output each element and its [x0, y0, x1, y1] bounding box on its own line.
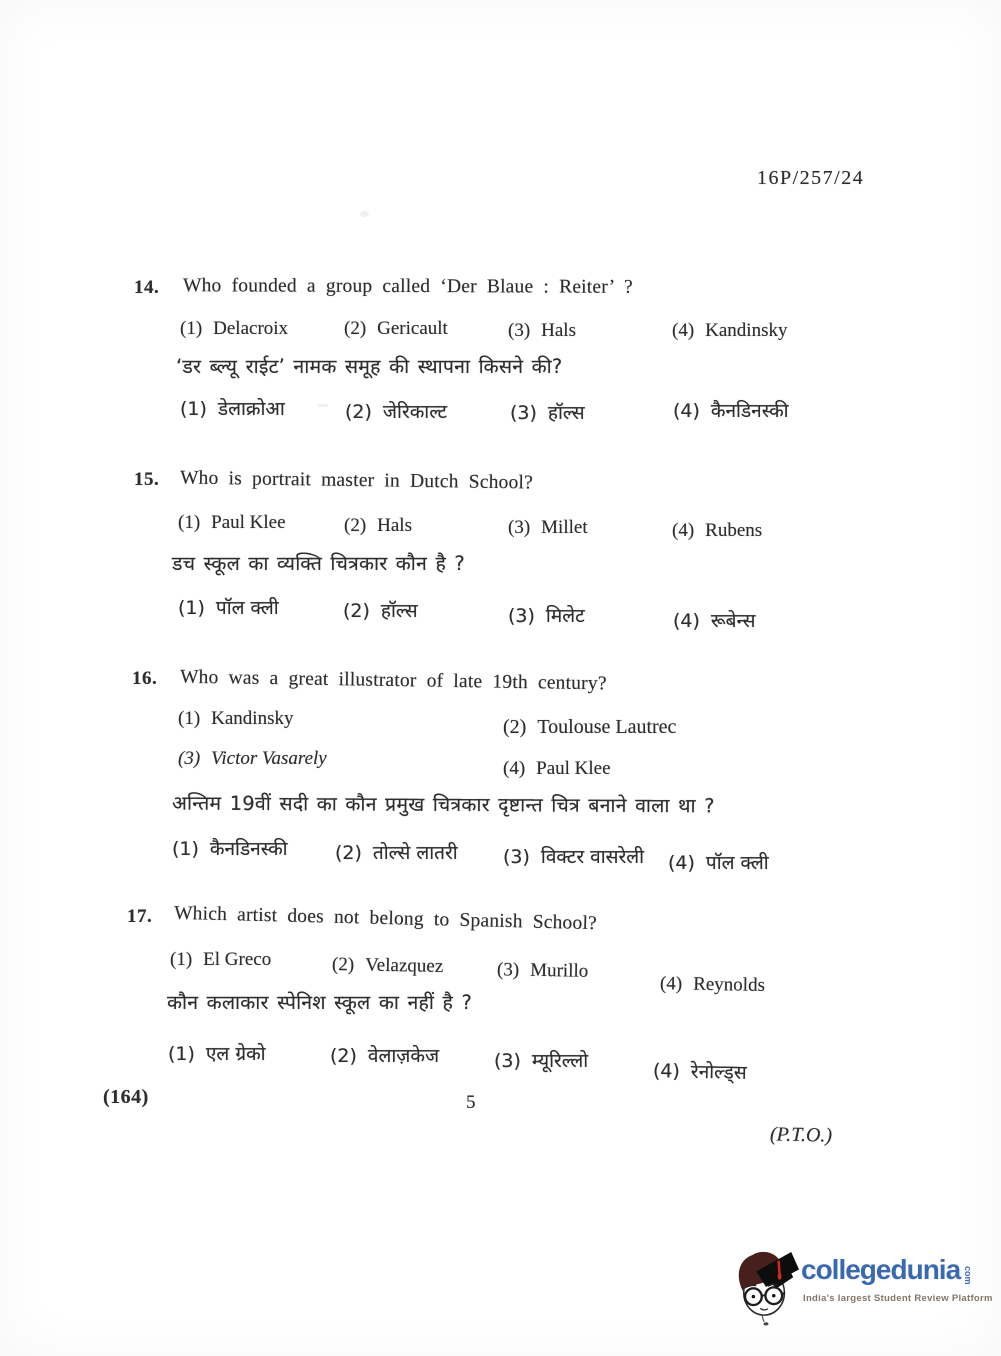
option-number: (4): [673, 400, 700, 422]
option-label: Paul Klee: [536, 758, 610, 779]
option: (1)कैनडिनस्की: [172, 835, 288, 861]
option: (2)हॉल्स: [343, 597, 418, 623]
option: (1)El Greco: [170, 949, 271, 971]
option-label: Rubens: [705, 520, 762, 541]
option-label: Reynolds: [693, 974, 765, 996]
question-text-hi: डच स्कूल का व्यक्ति चित्रकार कौन है ?: [172, 549, 465, 576]
option-number: (4): [660, 973, 683, 995]
question-text-en: Who founded a group called ‘Der Blaue : …: [183, 275, 633, 299]
option-label: मिलेट: [546, 605, 585, 627]
option-label: पॉल क्ली: [706, 852, 769, 874]
option: (4)कैनडिनस्की: [673, 397, 789, 423]
option: (4)रूबेन्स: [673, 607, 756, 633]
footer-page-number: 5: [466, 1092, 476, 1114]
footer-pto: (P.T.O.): [770, 1123, 833, 1147]
option-number: (4): [668, 852, 695, 874]
question-number: 14.: [134, 277, 159, 299]
option-label: Kandinsky: [211, 708, 293, 729]
option: (3)Hals: [508, 320, 576, 342]
option-number: (2): [330, 1045, 357, 1067]
option-label: Delacroix: [213, 318, 288, 339]
option-number: (1): [172, 838, 199, 860]
question-text-hi: अन्तिम 19वीं सदी का कौन प्रमुख चित्रकार …: [172, 789, 715, 819]
option-number: (2): [335, 842, 362, 864]
paper-code: 16P/257/24: [757, 167, 864, 190]
option-label: Victor Vasarely: [211, 748, 327, 769]
option-number: (3): [510, 402, 537, 424]
option: (2)Velazquez: [332, 954, 444, 978]
option: (4)पॉल क्ली: [668, 849, 769, 875]
option: (4)Rubens: [672, 520, 762, 542]
option-label: El Greco: [203, 949, 271, 970]
question-number: 15.: [134, 469, 159, 491]
option-number: (1): [178, 597, 205, 619]
question-text-hi: ‘डर ब्ल्यू राईट’ नामक समूह की स्थापना कि…: [176, 352, 562, 379]
option-number: (2): [345, 401, 372, 423]
option-label: Hals: [541, 320, 576, 341]
option-label: म्यूरिल्लो: [532, 1050, 588, 1072]
option: (3)Millet: [508, 517, 588, 539]
option-number: (3): [178, 748, 200, 770]
option: (1)Kandinsky: [178, 708, 293, 730]
option: (3)Murillo: [497, 959, 589, 983]
option-label: Millet: [541, 517, 587, 538]
option: (3)हॉल्स: [510, 399, 585, 425]
scanned-question-paper-page: 16P/257/24 14. Who founded a group calle…: [0, 0, 1001, 1356]
option-number: (2): [343, 600, 370, 622]
option-label: एल ग्रेको: [206, 1043, 266, 1065]
option: (4)Reynolds: [660, 973, 765, 997]
option-number: (3): [503, 846, 530, 868]
option-number: (3): [508, 320, 530, 342]
option-number: (3): [494, 1050, 521, 1072]
option-number: (1): [168, 1043, 195, 1065]
question-number: 16.: [132, 668, 157, 690]
option: (3)Victor Vasarely: [178, 748, 327, 770]
scan-smudge: [318, 404, 328, 407]
option-label: Paul Klee: [211, 512, 285, 533]
option-number: (3): [497, 959, 520, 981]
collegedunia-logo: collegedunia com India's largest Student…: [733, 1246, 1001, 1328]
option-number: (1): [178, 512, 200, 534]
option-number: (4): [653, 1060, 680, 1082]
option: (4)Kandinsky: [672, 320, 787, 342]
option-label: Kandinsky: [705, 320, 787, 341]
option: (1)Paul Klee: [178, 512, 286, 534]
question-text-en: Which artist does not belong to Spanish …: [174, 903, 597, 935]
option: (2)तोल्से लातरी: [335, 839, 458, 865]
option-number: (2): [344, 515, 366, 537]
brand-tagline: India's largest Student Review Platform: [803, 1293, 993, 1304]
option: (3)मिलेट: [508, 602, 585, 628]
option: (2)Toulouse Lautrec: [503, 716, 676, 739]
footer-booklet-code: (164): [103, 1086, 149, 1109]
question-number: 17.: [127, 906, 152, 928]
option-label: रेनोल्ड्स: [691, 1061, 747, 1084]
option: (2)वेलाज़केज: [330, 1042, 439, 1068]
option: (1)एल ग्रेको: [168, 1040, 266, 1066]
option-label: रूबेन्स: [711, 610, 756, 632]
option: (2)Hals: [344, 515, 412, 537]
option-number: (3): [508, 605, 535, 627]
option-number: (1): [170, 949, 192, 971]
question-text-en: Who was a great illustrator of late 19th…: [180, 667, 607, 696]
collegedunia-mascot-icon: [733, 1246, 799, 1326]
option-label: डेलाक्रोआ: [218, 398, 285, 420]
option-number: (1): [178, 708, 200, 730]
option: (1)Delacroix: [180, 318, 288, 340]
option: (4)रेनोल्ड्स: [653, 1057, 747, 1085]
brand-name: collegedunia: [801, 1254, 960, 1286]
option-label: कैनडिनस्की: [711, 400, 789, 422]
option-label: वेलाज़केज: [368, 1045, 439, 1067]
option: (2)Gericault: [344, 318, 448, 340]
option-label: Murillo: [530, 960, 588, 982]
brand-domain: com: [963, 1266, 973, 1285]
option-label: कैनडिनस्की: [210, 838, 288, 860]
option-label: पॉल क्ली: [216, 597, 279, 619]
option-number: (1): [180, 398, 207, 420]
question-text-hi: कौन कलाकार स्पेनिश स्कूल का नहीं है ?: [167, 988, 472, 1015]
option-number: (4): [672, 520, 694, 542]
option-label: जेरिकाल्ट: [383, 401, 447, 423]
option: (1)डेलाक्रोआ: [180, 395, 285, 421]
option-number: (3): [508, 517, 530, 539]
option-number: (2): [503, 716, 526, 739]
option-number: (4): [503, 758, 525, 780]
option-number: (2): [332, 954, 355, 976]
question-text-en: Who is portrait master in Dutch School?: [180, 468, 533, 495]
option-label: हॉल्स: [548, 402, 585, 424]
option-label: तोल्से लातरी: [373, 842, 458, 864]
option-label: Hals: [377, 515, 412, 536]
option-label: Velazquez: [365, 955, 443, 977]
option-number: (2): [344, 318, 366, 340]
option-number: (4): [673, 610, 700, 632]
scan-smudge: [360, 211, 369, 217]
option-number: (1): [180, 318, 202, 340]
option: (1)पॉल क्ली: [178, 594, 279, 620]
option-label: हॉल्स: [381, 600, 418, 622]
option-label: विक्टर वासरेली: [541, 846, 644, 868]
option: (2)जेरिकाल्ट: [345, 398, 447, 424]
option-number: (4): [672, 320, 694, 342]
option-label: Gericault: [377, 318, 448, 339]
option: (3)म्यूरिल्लो: [494, 1047, 588, 1073]
option: (4)Paul Klee: [503, 758, 611, 780]
option-label: Toulouse Lautrec: [537, 716, 676, 738]
option: (3)विक्टर वासरेली: [503, 843, 644, 869]
